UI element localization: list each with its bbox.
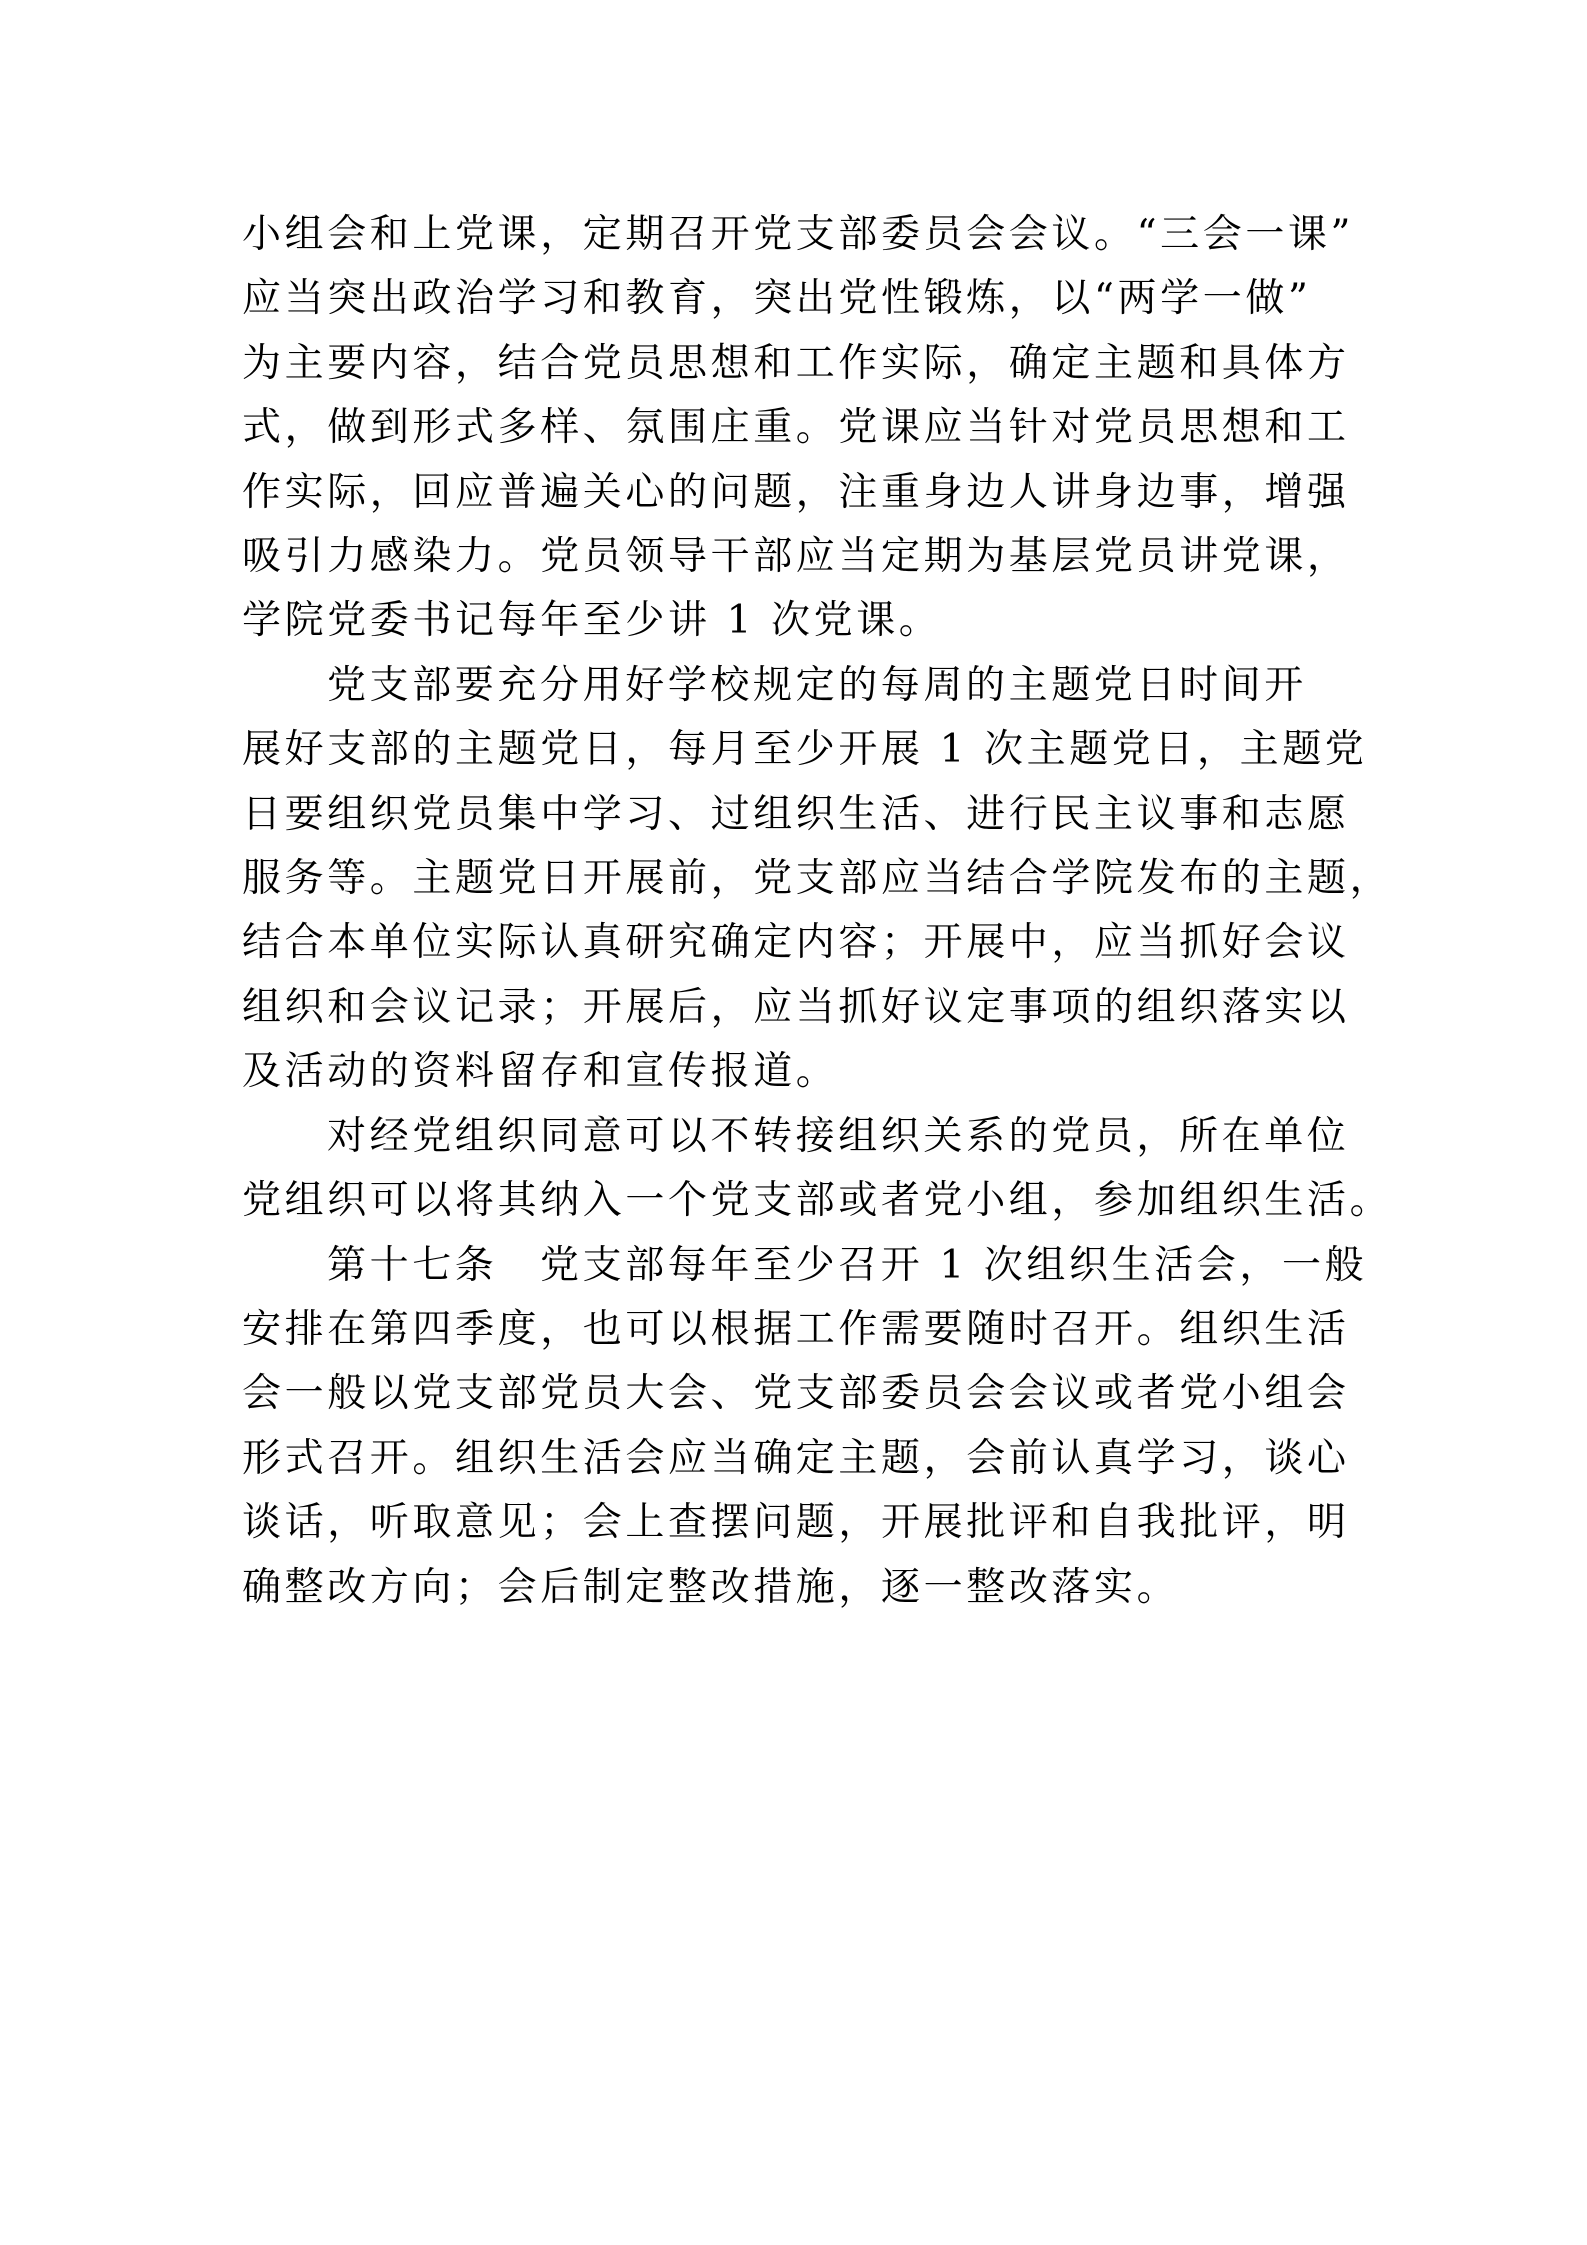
text-line: 作实际，回应普遍关心的问题，注重身边人讲身边事，增强 xyxy=(242,461,1360,525)
paragraph-3: 对经党组织同意可以不转接组织关系的党员，所在单位 党组织可以将其纳入一个党支部或… xyxy=(242,1105,1360,1234)
text-line: 小组会和上党课，定期召开党支部委员会会议。“三会一课” xyxy=(242,203,1360,267)
text-line: 确整改方向；会后制定整改措施，逐一整改落实。 xyxy=(242,1556,1360,1620)
text-line: 及活动的资料留存和宣传报道。 xyxy=(242,1040,1360,1104)
article-heading-line: 第十七条 党支部每年至少召开 1 次组织生活会，一般 xyxy=(242,1234,1360,1298)
text-line: 式，做到形式多样、氛围庄重。党课应当针对党员思想和工 xyxy=(242,396,1360,460)
paragraph-2: 党支部要充分用好学校规定的每周的主题党日时间开 展好支部的主题党日，每月至少开展… xyxy=(242,654,1360,1105)
text-line: 党组织可以将其纳入一个党支部或者党小组，参加组织生活。 xyxy=(242,1169,1360,1233)
text-line: 日要组织党员集中学习、过组织生活、进行民主议事和志愿 xyxy=(242,783,1360,847)
text-line: 谈话，听取意见；会上查摆问题，开展批评和自我批评，明 xyxy=(242,1491,1360,1555)
text-line: 为主要内容，结合党员思想和工作实际，确定主题和具体方 xyxy=(242,332,1360,396)
paragraph-article-17: 第十七条 党支部每年至少召开 1 次组织生活会，一般 安排在第四季度，也可以根据… xyxy=(242,1234,1360,1620)
text-line: 党支部要充分用好学校规定的每周的主题党日时间开 xyxy=(242,654,1360,718)
paragraph-1: 小组会和上党课，定期召开党支部委员会会议。“三会一课” 应当突出政治学习和教育，… xyxy=(242,203,1360,654)
text-line: 学院党委书记每年至少讲 1 次党课。 xyxy=(242,589,1360,653)
text-line: 会一般以党支部党员大会、党支部委员会会议或者党小组会 xyxy=(242,1362,1360,1426)
text-line: 安排在第四季度，也可以根据工作需要随时召开。组织生活 xyxy=(242,1298,1360,1362)
text-line: 对经党组织同意可以不转接组织关系的党员，所在单位 xyxy=(242,1105,1360,1169)
text-line: 服务等。主题党日开展前，党支部应当结合学院发布的主题， xyxy=(242,847,1360,911)
text-line: 吸引力感染力。党员领导干部应当定期为基层党员讲党课， xyxy=(242,525,1360,589)
text-line: 展好支部的主题党日，每月至少开展 1 次主题党日，主题党 xyxy=(242,718,1360,782)
text-line: 结合本单位实际认真研究确定内容；开展中，应当抓好会议 xyxy=(242,911,1360,975)
text-line: 组织和会议记录；开展后，应当抓好议定事项的组织落实以 xyxy=(242,976,1360,1040)
text-line: 形式召开。组织生活会应当确定主题，会前认真学习，谈心 xyxy=(242,1427,1360,1491)
text-line: 应当突出政治学习和教育，突出党性锻炼，以“两学一做” xyxy=(242,267,1360,331)
document-page: 小组会和上党课，定期召开党支部委员会会议。“三会一课” 应当突出政治学习和教育，… xyxy=(242,203,1360,1620)
